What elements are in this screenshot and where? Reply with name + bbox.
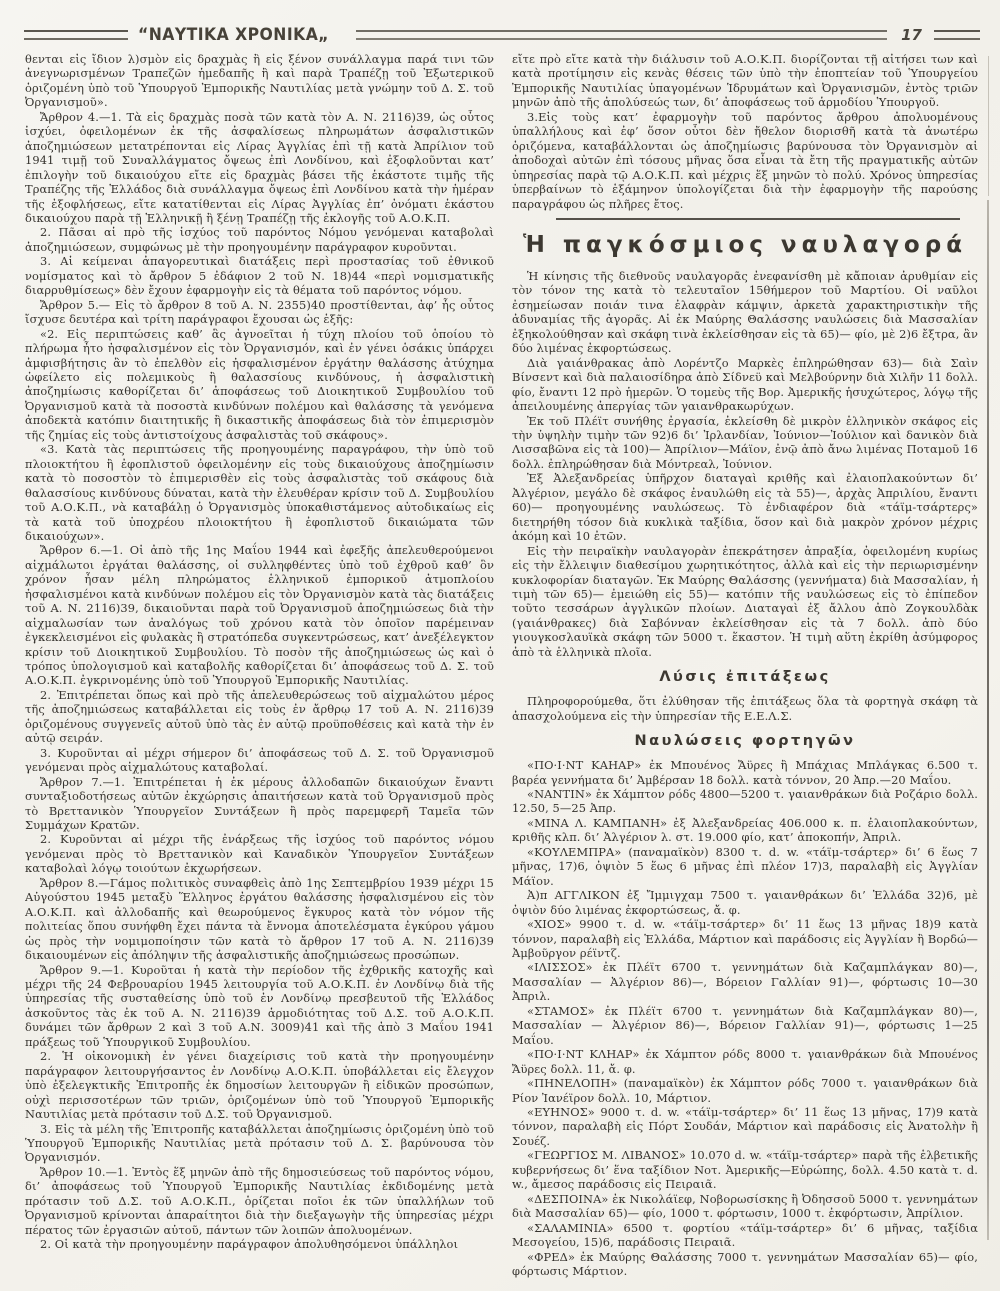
right-column: εἴτε πρὸ εἴτε κατὰ τὴν διάλυσιν τοῦ Α.Ο.… [512, 52, 978, 1278]
charter-entry: «ΠΗΝΕΛΟΠΗ» (παναμαϊκὸν) ἐκ Χάμπτον ρόδς … [512, 1076, 978, 1105]
article-paragraph: θενται εἰς ἴδιον λ)σμὸν εἰς δραχμὰς ἢ εἰ… [25, 52, 494, 110]
charters-section-title: Ναυλώσεις φορτηγῶν [512, 732, 978, 750]
article-paragraph: 2. Οἱ κατὰ τὴν προηγουμένην παράγραφον ἀ… [25, 1237, 494, 1251]
newspaper-page: “ΝΑΥΤΙΚΑ ΧΡΟΝΙΚΑ„ 17 θενται εἰς ἴδιον λ)… [0, 0, 1000, 1291]
article-paragraph: Ἄρθρον 4.—1. Τὰ εἰς δραχμὰς ποσὰ τῶν κατ… [25, 110, 494, 226]
article-paragraph: Ἄρθρον 6.—1. Οἱ ἀπὸ τῆς 1ης Μαΐου 1944 κ… [25, 543, 494, 688]
article-paragraph: Ἄρθρον 10.—1. Ἐντὸς ἕξ μηνῶν ἀπὸ τῆς δημ… [25, 1165, 494, 1237]
charter-entry: Ἀ)π ΑΓΓΛΙΚΟΝ ἐξ Ἴμμιγχαμ 7500 τ. γαιανθρ… [512, 888, 978, 917]
market-paragraph: Ἐξ Ἀλεξανδρείας ὑπῆρχον διαταγαὶ κριθῆς … [512, 471, 978, 543]
market-paragraph: Εἰς τὴν πειραϊκὴν ναυλαγορὰν ἐπεκράτησεν… [512, 544, 978, 660]
masthead: “ΝΑΥΤΙΚΑ ΧΡΟΝΙΚΑ„ 17 [24, 22, 980, 48]
article-paragraph: 2. Κυροῦνται αἱ μέχρι τῆς ἐνάρξεως τῆς ἰ… [25, 832, 494, 875]
masthead-rule-center [356, 30, 888, 40]
charter-entry: «ΝΑΝΤΙΝ» ἐκ Χάμπτον ρόδς 4800—5200 τ. γα… [512, 787, 978, 816]
article-paragraph: Ἄρθρον 7.—1. Ἐπιτρέπεται ἡ ἐκ μέρους ἀλλ… [25, 775, 494, 833]
page-edge-rule [987, 200, 989, 1240]
article-paragraph: Ἄρθρον 9.—1. Κυροῦται ἡ κατὰ τὴν περίοδο… [25, 963, 494, 1050]
article-paragraph: «2. Εἰς περιπτώσεις καθ’ ἃς ἀγνοεῖται ἡ … [25, 327, 494, 443]
article-paragraph: Ἄρθρον 5.— Εἰς τὸ ἄρθρον 8 τοῦ Α. Ν. 235… [25, 298, 494, 327]
market-paragraph: Ἐκ τοῦ Πλέϊτ συνήθης ἐργασία, ἐκλείσθη δ… [512, 414, 978, 472]
charter-entry: «ΔΕΣΠΟΙΝΑ» ἐκ Νικολάϊεφ, Νοβορωσίσκης ἢ … [512, 1192, 978, 1221]
page-edge-rule-top [988, 56, 989, 196]
article-paragraph: 2. Ἐπιτρέπεται ὅπως καὶ πρὸ τῆς ἀπελευθε… [25, 688, 494, 746]
charter-entry: «ΜΙΝΑ Λ. ΚΑΜΠΑΝΗ» ἐξ Ἀλεξανδρείας 406.00… [512, 816, 978, 845]
charter-entry: «ΙΛΙΣΣΟΣ» ἐκ Πλέϊτ 6700 τ. γεννημάτων δι… [512, 960, 978, 1003]
article-paragraph: 3. Αἱ κείμεναι ἀπαγορευτικαὶ διατάξεις π… [25, 254, 494, 297]
article-paragraph: 3. Εἰς τὰ μέλη τῆς Ἐπιτροπῆς καταβάλλετα… [25, 1122, 494, 1165]
masthead-rule-left [24, 30, 128, 40]
charter-entry: «ΧΙΟΣ» 9900 τ. d. w. «τάϊμ-τσάρτερ» δι’ … [512, 917, 978, 960]
market-paragraph: Διὰ γαιάνθρακας ἀπὸ Λορέντζο Μαρκὲς ἐπλη… [512, 356, 978, 414]
article-paragraph: 3. Κυροῦνται αἱ μέχρι σήμερον δι’ ἀποφάσ… [25, 746, 494, 775]
article-paragraph: εἴτε πρὸ εἴτε κατὰ τὴν διάλυσιν τοῦ Α.Ο.… [512, 52, 978, 110]
masthead-rule-right [934, 30, 980, 40]
left-column: θενται εἰς ἴδιον λ)σμὸν εἰς δραχμὰς ἢ εἰ… [25, 52, 494, 1278]
charter-entry: «ΣΤΑΜΟΣ» ἐκ Πλέϊτ 6700 τ. γεννημάτων διὰ… [512, 1004, 978, 1047]
charter-entry: «ΓΕΩΡΓΙΟΣ Μ. ΛΙΒΑΝΟΣ» 10.070 d. w. «τάϊμ… [512, 1148, 978, 1191]
market-section-title: Ἡ παγκόσμιος ναυλαγορά [512, 230, 978, 260]
article-paragraph: «3. Κατὰ τὰς περιπτώσεις τῆς προηγουμένη… [25, 442, 494, 543]
charter-entry: «ΚΟΥΛΕΜΠΡΑ» (παναμαϊκὸν) 8300 τ. d. w. «… [512, 845, 978, 888]
charter-entry: «ΠΟ·Ι·ΝΤ ΚΛΗΑΡ» ἐκ Χάμπτον ρόδς 8000 τ. … [512, 1047, 978, 1076]
charter-entry: «ΦΡΕΔ» ἐκ Μαύρης Θαλάσσης 7000 τ. γεννημ… [512, 1250, 978, 1278]
article-paragraph: 2. Ἡ οἰκονομικὴ ἐν γένει διαχείρισις τοῦ… [25, 1049, 494, 1121]
article-paragraph: 2. Πᾶσαι αἱ πρὸ τῆς ἰσχύος τοῦ παρόντος … [25, 225, 494, 254]
article-paragraph: 3.Εἰς τοὺς κατ’ ἐφαρμογὴν τοῦ παρόντος ἄ… [512, 110, 978, 211]
section-divider-rule [556, 218, 960, 220]
page-number: 17 [901, 26, 922, 44]
charter-entry: «ΕΥΗΝΟΣ» 9000 τ. d. w. «τάϊμ-τσάρτερ» δι… [512, 1105, 978, 1148]
masthead-title: “ΝΑΥΤΙΚΑ ΧΡΟΝΙΚΑ„ [138, 25, 329, 45]
requisition-paragraph: Πληροφορούμεθα, ὅτι ἐλύθησαν τῆς ἐπιτάξε… [512, 694, 978, 723]
charter-entry: «ΣΑΛΑΜΙΝΙΑ» 6500 τ. φορτίου «τάϊμ-τσάρτε… [512, 1221, 978, 1250]
requisition-section-title: Λύσις ἐπιτάξεως [512, 668, 978, 686]
article-paragraph: Ἄρθρον 8.—Γάμος πολιτικὸς συναφθεὶς ἀπὸ … [25, 876, 494, 963]
charter-entry: «ΠΟ·Ι·ΝΤ ΚΑΗΑΡ» ἐκ Μπουένος Ἄϋρες ἢ Μπάχ… [512, 758, 978, 787]
market-paragraph: Ἡ κίνησις τῆς διεθνοῦς ναυλαγορᾶς ἐνεφαν… [512, 269, 978, 356]
